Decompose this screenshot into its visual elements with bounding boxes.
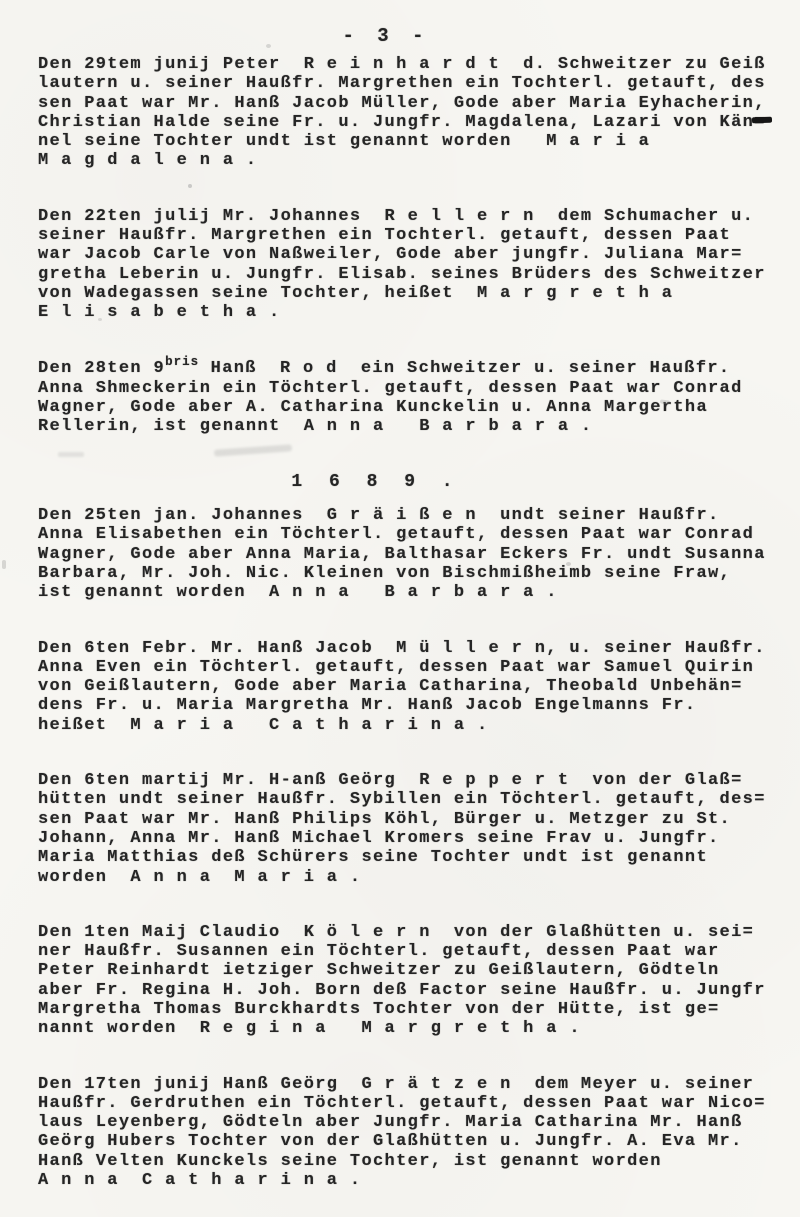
baptism-entry-1689-graetzen: Den 17ten junij Hanß Geörg G r ä t z e n… — [38, 1075, 794, 1191]
scan-artifact-speck — [2, 560, 6, 569]
superscript-month-abbreviation: bris — [165, 355, 199, 369]
year-heading-1689: 1 6 8 9 . — [38, 473, 714, 492]
document-page: - 3 - Den 29tem junij Peter R e i n h a … — [0, 0, 800, 1217]
baptism-entry-1688-rod: Den 28ten 9bris Hanß R o d ein Schweitze… — [38, 359, 794, 437]
baptism-entry-1688-rellern: Den 22ten julij Mr. Johannes R e l l e r… — [38, 207, 794, 323]
scan-artifact-smudge — [58, 452, 84, 457]
entry-date-prefix: Den 28ten 9 — [38, 359, 165, 378]
baptism-entry-1689-muellern: Den 6ten Febr. Mr. Hanß Jacob M ü l l e … — [38, 639, 794, 735]
baptism-entry-1689-reppert: Den 6ten martij Mr. H-anß Geörg R e p p … — [38, 771, 794, 887]
page-number: - 3 - — [38, 26, 734, 46]
scan-artifact-smudge — [214, 444, 292, 456]
baptism-entry-1689-graissen: Den 25ten jan. Johannes G r ä i ß e n un… — [38, 506, 794, 602]
baptism-entry-1689-koelern: Den 1ten Maij Claudio K ö l e r n von de… — [38, 923, 794, 1039]
scan-artifact-speck — [188, 184, 192, 188]
baptism-entry-1688-reinhardt: Den 29tem junij Peter R e i n h a r d t … — [38, 55, 794, 171]
